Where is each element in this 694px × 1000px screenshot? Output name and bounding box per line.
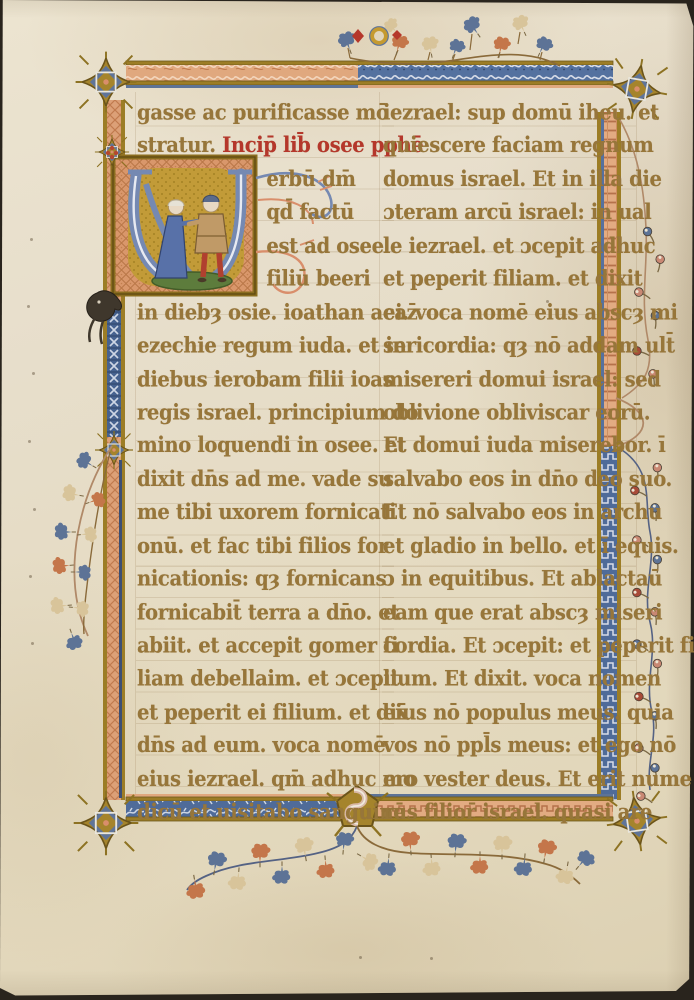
text-line: et peperit ei filium. et dix̄ [137,696,390,729]
text-line: ei. voca nomē eius abscȝ mi [383,296,632,329]
text-line: salvabo eos in dn̄o deo suo. [383,463,632,496]
corner-knot-bottom-left [74,791,139,856]
initial-corner-knot [95,135,129,169]
text-line: et gladio in bello. et ī equis. [383,529,632,562]
text-line: onū. et fac tibi filios for [137,529,390,562]
text-line: eam que erat abscȝ miseri [383,596,632,629]
text-line: qd̄ factū [137,196,390,229]
text-line: sericordia: qȝ nō addam ult̄ [383,329,632,362]
text-line: ɔ in equitibus. Et ablactaū [383,563,632,596]
text-line: le iezrael. et ɔcepit adhuc [383,229,632,262]
text-line: ɔteram arcū israel: in ual [383,196,632,229]
text-line: cordia. Et ɔcepit: et peperit fi [383,629,632,662]
text-line: lium. Et dixit. voca nomen [383,663,632,696]
text-line: me tibi uxorem fornicati [137,496,390,529]
left-ivy-vine [50,446,112,652]
text-column-right: iezrael: sup domū iheu. etquiescere faci… [383,96,632,829]
text-line: oblivione obliviscar eorū. [383,396,632,429]
text-line: rus filior̄ israel. quasi are [383,796,632,829]
text-line: fornicabit̄ terra a dn̄o. et [137,596,390,629]
corner-knot-top-left [76,52,137,113]
border-top-bar [126,61,613,88]
text-line: mino loquendi in osee. et [137,429,390,462]
text-line: quiescere faciam regnum [383,129,632,162]
text-line: iezrael: sup domū iheu. et [383,96,632,129]
text-line: regis israel. principium do [137,396,390,429]
text-line: et peperit filiam. et dixit [383,263,632,296]
text-line: filiū beeri [137,263,390,296]
text-line: nicationis: qȝ fornicans [137,563,390,596]
text-line: stratur. Incip̄ lib̄ osee pphē [137,129,390,162]
text-line: erbū dm̄ [137,163,390,196]
text-line: vos nō ppl̄s meus: et ego nō [383,729,632,762]
top-ivy-vine [336,13,560,66]
text-column-left: gasse ac purificasse mōstratur. Incip̄ l… [137,96,390,829]
text-line: diebus ierobam filii ioas [137,363,390,396]
text-line: dixit dn̄s ad me. vade su [137,463,390,496]
text-line: ero vester deus. Et erit nume [383,762,632,795]
text-line: Et domui iuda miserebor. ī [383,429,632,462]
text-line: eius nō populus meus. quia [383,696,632,729]
text-line: gasse ac purificasse mō [137,96,390,129]
gold-ring [372,29,386,43]
text-line: eius iezrael. qm̄ adhuc mo [137,762,390,795]
bottom-ivy-vine [183,826,597,900]
text-line: in diebȝ osie. ioathan acaz̄ [137,296,390,329]
text-line: est ad osee [137,229,390,262]
text-line: misereri domui israel: sed [383,363,632,396]
text-line: liam debellaim. et ɔcepit [137,663,390,696]
text-line: ezechie regum iuda. et in [137,329,390,362]
text-line: Et nō salvabo eos in archu [383,496,632,529]
text-line: dn̄s ad eum. voca nomē [137,729,390,762]
text-line: domus israel. Et in illa die [383,163,632,196]
text-line: abiit. et accepit gomer fi [137,629,390,662]
text-line: dicū et uisitabo sanguinē [137,796,390,829]
